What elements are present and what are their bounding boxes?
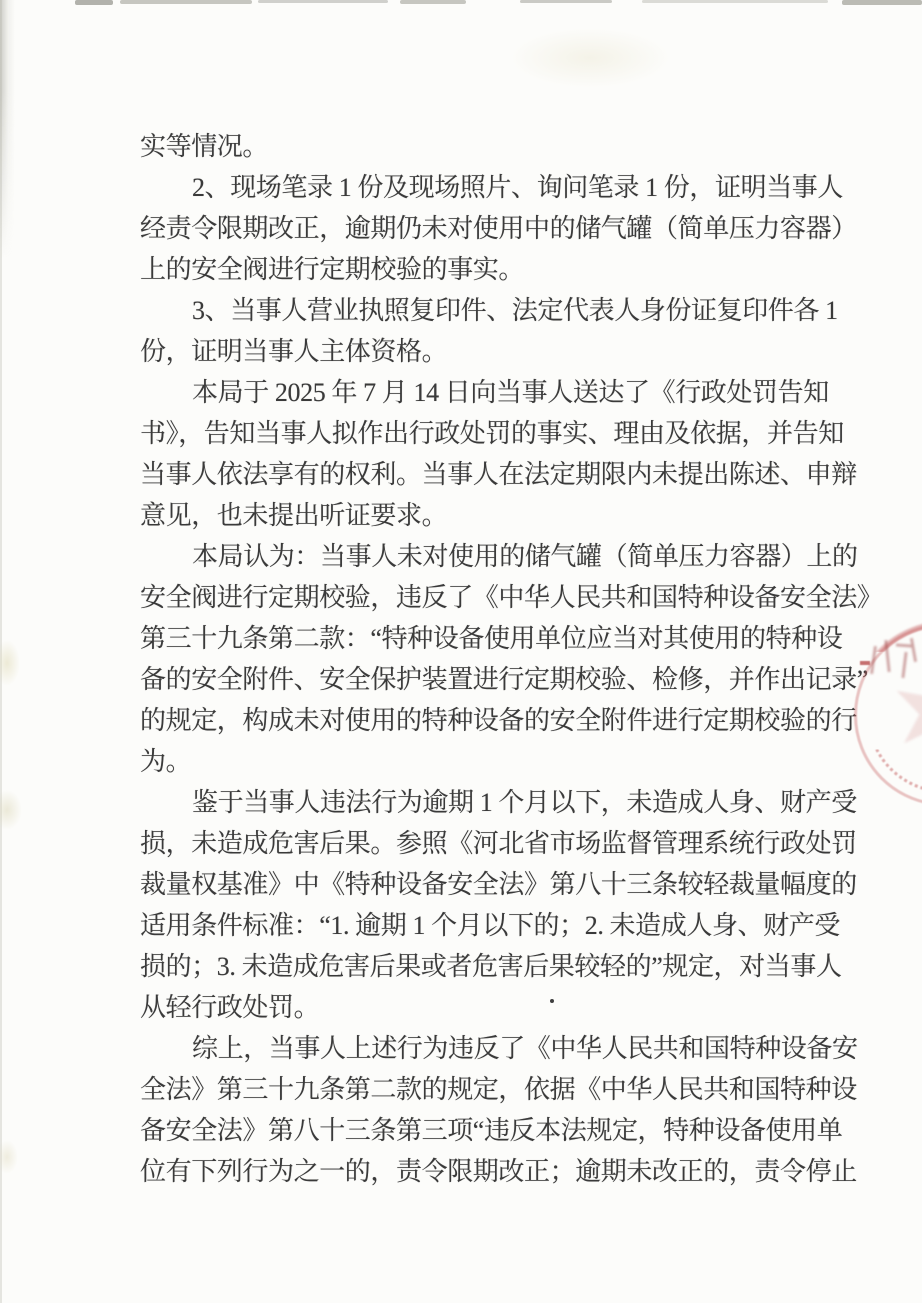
scan-left-shadow (0, 0, 15, 260)
text-line: 的规定，构成未对使用的特种设备的安全附件进行定期校验的行 (140, 700, 866, 741)
text-line: 3、当事人营业执照复印件、法定代表人身份证复印件各 1 (140, 290, 866, 331)
text-line: 份，证明当事人主体资格。 (140, 331, 866, 372)
scan-edge-artifact (400, 0, 466, 4)
seal-text-mark (910, 638, 917, 662)
text-line: 本局认为：当事人未对使用的储气罐（简单压力容器）上的 (140, 536, 866, 577)
stray-ink-dot (550, 999, 554, 1003)
text-line: 鉴于当事人违法行为逾期 1 个月以下，未造成人身、财产受 (140, 782, 866, 823)
scan-edge-artifact (642, 0, 828, 3)
text-line: 裁量权基准》中《特种设备安全法》第八十三条较轻裁量幅度的 (140, 864, 866, 905)
text-line: 第三十九条第二款：“特种设备使用单位应当对其使用的特种设 (140, 618, 866, 659)
text-line: 当事人依法享有的权利。当事人在法定期限内未提出陈述、申辩 (140, 454, 866, 495)
text-line: 适用条件标准：“1. 逾期 1 个月以下的；2. 未造成人身、财产受 (140, 905, 866, 946)
scan-edge-artifact (842, 0, 922, 5)
scan-left-edge-line (0, 0, 2, 1303)
text-line: 经责令限期改正，逾期仍未对使用中的储气罐（简单压力容器） (140, 208, 866, 249)
text-line: 本局于 2025 年 7 月 14 日向当事人送达了《行政处罚告知 (140, 372, 866, 413)
seal-text-mark (896, 643, 912, 647)
scan-smudge (0, 790, 22, 830)
scan-smudge (0, 640, 20, 686)
scan-edge-artifact (258, 0, 388, 3)
document-body-text: 实等情况。2、现场笔录 1 份及现场照片、询问笔录 1 份，证明当事人经责令限期… (140, 126, 866, 1192)
scan-edge-artifact (75, 0, 113, 5)
text-line: 位有下列行为之一的，责令限期改正；逾期未改正的，责令停止 (140, 1151, 866, 1192)
text-line: 实等情况。 (140, 126, 866, 167)
text-line: 备安全法》第八十三条第三项“违反本法规定，特种设备使用单 (140, 1110, 866, 1151)
text-line: 综上，当事人上述行为违反了《中华人民共和国特种设备安 (140, 1028, 866, 1069)
seal-code-dots (867, 637, 922, 793)
seal-text-mark (870, 646, 877, 674)
text-line: 上的安全阀进行定期校验的事实。 (140, 249, 866, 290)
scan-edge-artifact (120, 0, 252, 4)
scan-smudge (0, 1140, 18, 1174)
text-line: 书》，告知当事人拟作出行政处罚的事实、理由及依据，并告知 (140, 413, 866, 454)
text-line: 全法》第三十九条第二款的规定，依据《中华人民共和国特种设 (140, 1069, 866, 1110)
seal-text-mark (901, 652, 907, 678)
scan-edge-artifact (520, 0, 612, 3)
text-line: 备的安全附件、安全保护装置进行定期校验、检修，并作出记录” (140, 659, 866, 700)
text-line: 安全阀进行定期校验，违反了《中华人民共和国特种设备安全法》 (140, 577, 866, 618)
text-line: 从轻行政处罚。 (140, 987, 866, 1028)
text-line: 损的；3. 未造成危害后果或者危害后果较轻的”规定，对当事人 (140, 946, 866, 987)
scan-smudge (510, 28, 670, 88)
text-line: 为。 (140, 741, 866, 782)
text-line: 意见，也未提出听证要求。 (140, 495, 866, 536)
seal-text-mark (884, 640, 890, 672)
scanned-page: 实等情况。2、现场笔录 1 份及现场照片、询问笔录 1 份，证明当事人经责令限期… (0, 0, 922, 1303)
text-line: 损，未造成危害后果。参照《河北省市场监督管理系统行政处罚 (140, 823, 866, 864)
text-line: 2、现场笔录 1 份及现场照片、询问笔录 1 份，证明当事人 (140, 167, 866, 208)
